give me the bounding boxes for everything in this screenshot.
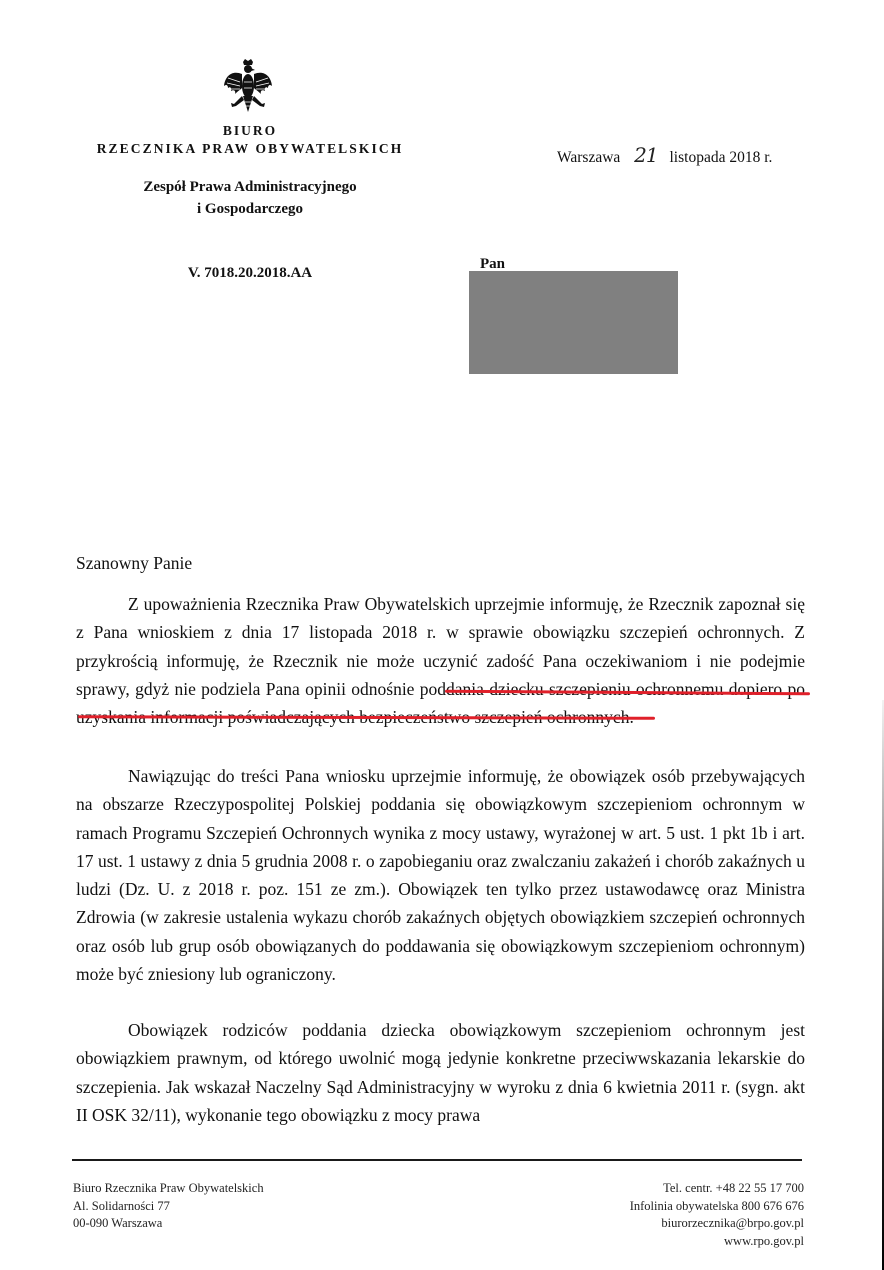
org-name-line1: BIURO [80, 123, 420, 139]
paragraph-3-text: Obowiązek rodziców poddania dziecka obow… [76, 1020, 805, 1125]
reference-number: V. 7018.20.2018.AA [80, 265, 420, 282]
footer-city: 00-090 Warszawa [73, 1215, 264, 1233]
footer-phone: Tel. centr. +48 22 55 17 700 [630, 1180, 804, 1198]
addressee-redaction-box [469, 271, 678, 374]
footer-helpline: Infolinia obywatelska 800 676 676 [630, 1198, 804, 1216]
org-name-line2: RZECZNIKA PRAW OBYWATELSKICH [80, 141, 420, 157]
department-line2: i Gospodarczego [80, 198, 420, 220]
dateline: Warszawa 21 listopada 2018 r. [557, 143, 772, 167]
paragraph-3: Obowiązek rodziców poddania dziecka obow… [76, 1016, 805, 1129]
dateline-day-handwritten: 21 [634, 143, 657, 167]
footer-contact: Tel. centr. +48 22 55 17 700 Infolinia o… [630, 1180, 804, 1250]
dateline-place: Warszawa [557, 149, 620, 166]
footer-email[interactable]: biurorzecznika@brpo.gov.pl [630, 1215, 804, 1233]
polish-eagle-emblem-icon [222, 58, 274, 120]
department-line1: Zespół Prawa Administracyjnego [80, 176, 420, 198]
salutation: Szanowny Panie [76, 553, 192, 574]
paragraph-2-text: Nawiązując do treści Pana wniosku uprzej… [76, 766, 805, 984]
paragraph-2: Nawiązując do treści Pana wniosku uprzej… [76, 762, 805, 988]
footer-address: Biuro Rzecznika Praw Obywatelskich Al. S… [73, 1180, 264, 1233]
department-name: Zespół Prawa Administracyjnego i Gospoda… [80, 176, 420, 220]
footer-org-name: Biuro Rzecznika Praw Obywatelskich [73, 1180, 264, 1198]
dateline-month-year: listopada 2018 r. [670, 149, 773, 166]
footer-divider [72, 1159, 802, 1161]
footer-website[interactable]: www.rpo.gov.pl [630, 1233, 804, 1251]
footer-street: Al. Solidarności 77 [73, 1198, 264, 1216]
paragraph-1: Z upoważnienia Rzecznika Praw Obywatelsk… [76, 590, 805, 731]
